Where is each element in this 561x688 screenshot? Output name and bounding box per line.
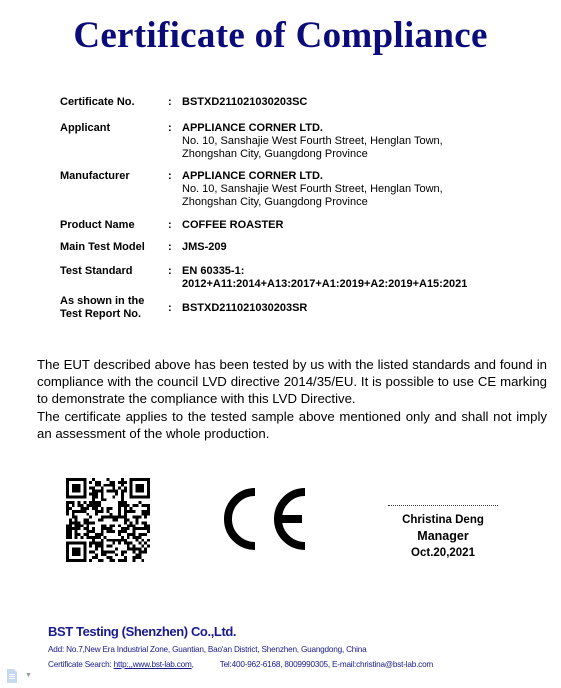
field-value: APPLIANCE CORNER LTD. No. 10, Sanshajie … [182,170,512,209]
field-colon: : [168,265,172,278]
field-label-line2: Test Report No. [60,308,160,321]
footer-contact: Tel:400-962-6168, 8009990305, E-mail:chr… [220,660,433,669]
field-label-line1: As shown in the [60,295,160,308]
field-colon: : [168,122,172,135]
manufacturer-address-line1: No. 10, Sanshajie West Fourth Street, He… [182,183,512,196]
certificate-title: Certificate of Compliance [0,14,561,57]
qr-code-icon [66,478,150,562]
footer: BST Testing (Shenzhen) Co.,Ltd. Add: No.… [48,624,548,669]
signature-line [388,505,498,506]
footer-contact-line: Certificate Search: http:,,www.bst-lab.c… [48,660,548,669]
field-value: EN 60335-1: 2012+A11:2014+A13:2017+A1:20… [182,265,512,291]
field-colon: : [168,96,172,109]
field-colon: : [168,170,172,183]
field-label: Test Standard [60,265,160,278]
paste-options-dropdown-icon[interactable]: ▼ [25,672,32,679]
signer-role: Manager [388,528,498,545]
manufacturer-name: APPLIANCE CORNER LTD. [182,170,512,183]
applicant-address-line2: Zhongshan City, Guangdong Province [182,148,512,161]
field-label: Manufacturer [60,170,160,183]
applicant-name: APPLIANCE CORNER LTD. [182,122,512,135]
compliance-paragraph-2: The certificate applies to the tested sa… [37,408,547,442]
compliance-statement: The EUT described above has been tested … [37,356,547,442]
footer-address: Add: No.7,New Era Industrial Zone, Guant… [48,645,548,654]
certificate-search-link[interactable]: http:,,www.bst-lab.com [114,660,192,669]
manufacturer-address-line2: Zhongshan City, Guangdong Province [182,196,512,209]
field-colon: : [168,219,172,232]
field-label: Main Test Model [60,241,160,254]
ce-mark-icon [224,488,310,550]
field-label: Product Name [60,219,160,232]
field-label: Applicant [60,122,160,135]
compliance-paragraph-1: The EUT described above has been tested … [37,356,547,408]
separator: , [192,660,194,669]
field-value: JMS-209 [182,241,512,254]
field-colon: : [168,302,172,315]
field-value: BSTXD211021030203SR [182,302,512,315]
field-value: COFFEE ROASTER [182,219,512,232]
field-colon: : [168,241,172,254]
footer-company: BST Testing (Shenzhen) Co.,Ltd. [48,624,548,639]
field-label: Certificate No. [60,96,160,109]
test-standard-line2: 2012+A11:2014+A13:2017+A1:2019+A2:2019+A… [182,278,512,291]
signature-date: Oct.20,2021 [388,545,498,561]
field-label: As shown in the Test Report No. [60,295,160,321]
signer-name: Christina Deng [388,512,498,528]
signature-block: Christina Deng Manager Oct.20,2021 [388,505,498,561]
applicant-address-line1: No. 10, Sanshajie West Fourth Street, He… [182,135,512,148]
field-value: BSTXD211021030203SC [182,96,512,109]
test-standard-line1: EN 60335-1: [182,265,512,278]
certificate-search-label: Certificate Search: [48,660,112,669]
field-value: APPLIANCE CORNER LTD. No. 10, Sanshajie … [182,122,512,161]
paste-options-icon[interactable] [6,669,18,683]
